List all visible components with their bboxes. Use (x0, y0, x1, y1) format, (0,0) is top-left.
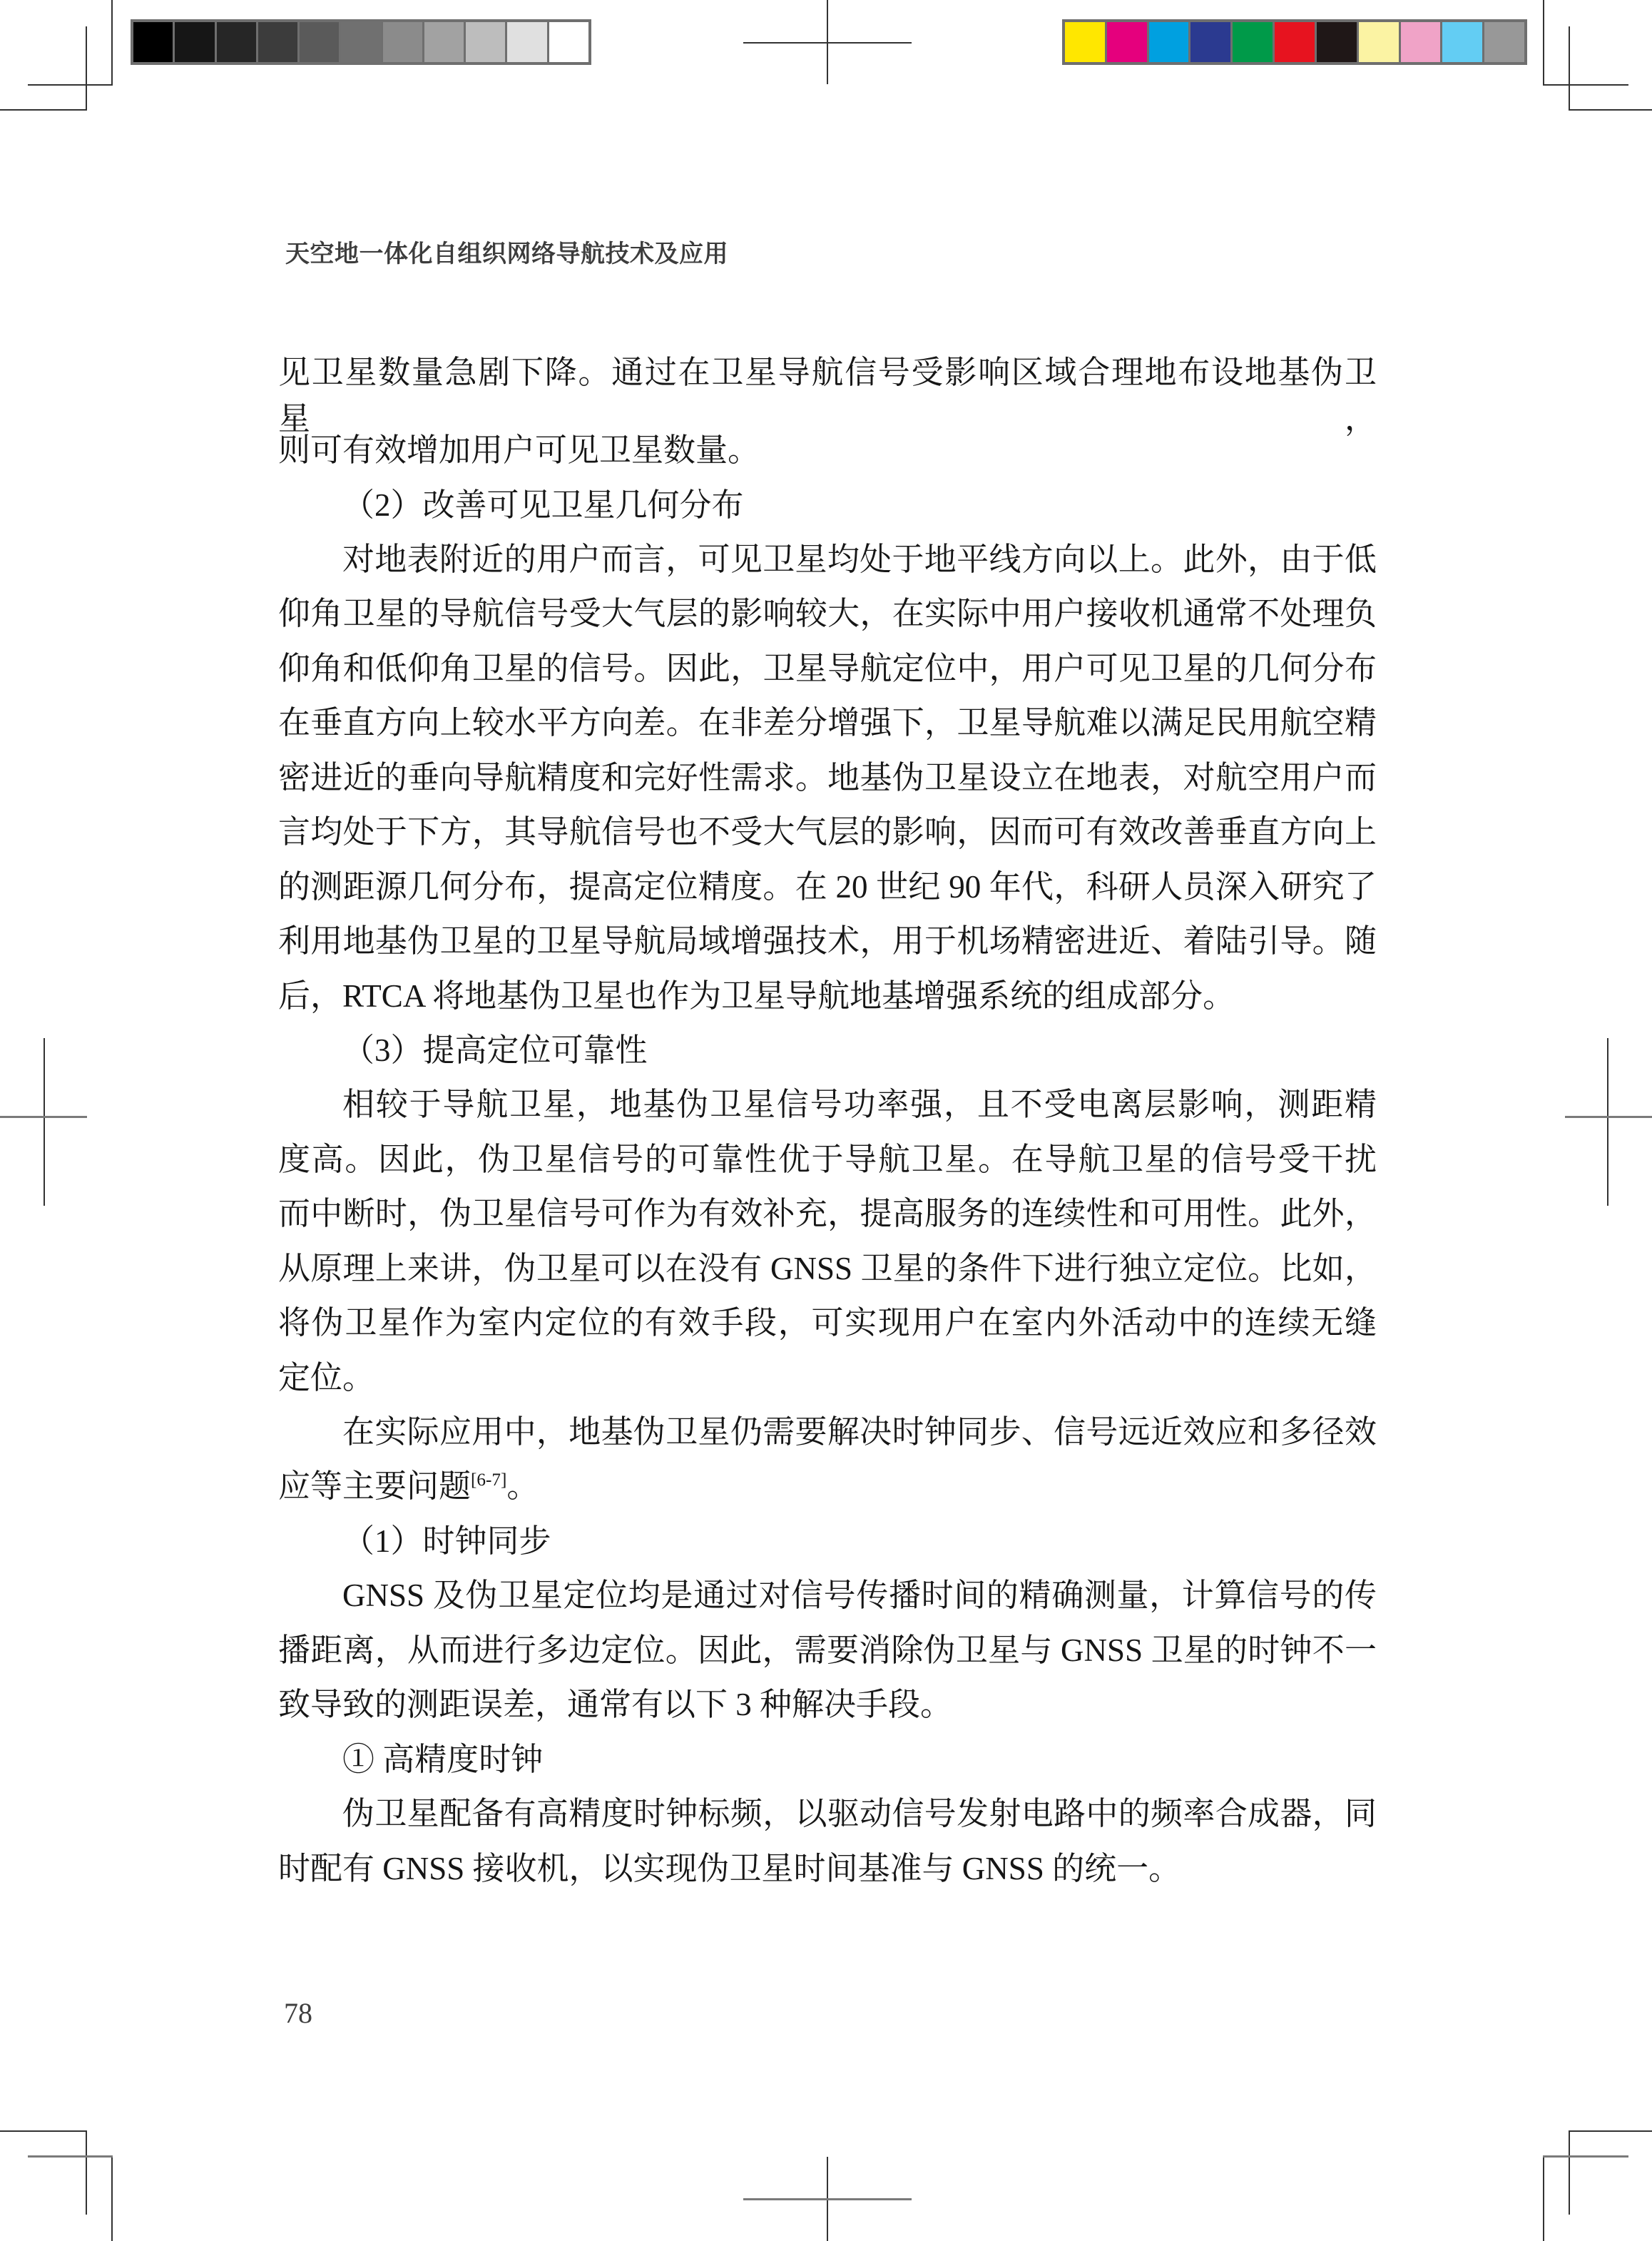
body-line: 从原理上来讲，伪卫星可以在没有 GNSS 卫星的条件下进行独立定位。比如， (278, 1238, 1377, 1292)
crop-mark (1569, 109, 1652, 111)
crop-mark (0, 109, 87, 111)
body-text: 见卫星数量急剧下降。通过在卫星导航信号受影响区域合理地布设地基伪卫星， 则可有效… (278, 365, 1377, 1892)
body-line-text: 伪卫星配备有高精度时钟标频，以驱动信号发射电路中的频率合成器，同 (278, 1787, 1377, 1834)
body-line: 将伪卫星作为室内定位的有效手段，可实现用户在室内外活动中的连续无缝 (278, 1292, 1377, 1346)
calibration-swatch (1149, 22, 1189, 62)
body-line: 见卫星数量急剧下降。通过在卫星导航信号受影响区域合理地布设地基伪卫星， (278, 365, 1377, 420)
calibration-swatch (1359, 22, 1399, 62)
body-line-text: GNSS 及伪卫星定位均是通过对信号传播时间的精确测量，计算信号的传 (278, 1569, 1377, 1615)
body-line: 伪卫星配备有高精度时钟标频，以驱动信号发射电路中的频率合成器，同 (278, 1783, 1377, 1837)
body-line: 定位。 (278, 1347, 1377, 1401)
body-line-text: 密进近的垂向导航精度和完好性需求。地基伪卫星设立在地表，对航空用户而 (278, 751, 1377, 798)
body-line: 仰角和低仰角卫星的信号。因此，卫星导航定位中，用户可见卫星的几何分布 (278, 638, 1377, 692)
body-line: 致导致的测距误差，通常有以下 3 种解决手段。 (278, 1675, 1377, 1729)
body-line: （3）提高定位可靠性 (278, 1020, 1377, 1074)
body-line-text: 相较于导航卫星，地基伪卫星信号功率强，且不受电离层影响，测距精 (278, 1078, 1377, 1124)
body-line: （1）时钟同步 (278, 1510, 1377, 1565)
calibration-swatch (424, 22, 464, 62)
body-line-text: 利用地基伪卫星的卫星导航局域增强技术，用于机场精密进近、着陆引导。随 (278, 915, 1377, 961)
crop-mark (1543, 0, 1544, 86)
calibration-swatch (1442, 22, 1482, 62)
registration-cross (44, 1038, 45, 1206)
book-page: 天空地一体化自组织网络导航技术及应用 见卫星数量急剧下降。通过在卫星导航信号受影… (0, 0, 1652, 2241)
crop-mark (0, 2130, 87, 2132)
calibration-swatch (1107, 22, 1147, 62)
citation-superscript: [6-7] (471, 1470, 506, 1490)
crop-mark (28, 2155, 113, 2158)
calibration-swatch (1275, 22, 1315, 62)
body-line-text: 仰角和低仰角卫星的信号。因此，卫星导航定位中，用户可见卫星的几何分布 (278, 642, 1377, 688)
body-line-text: 在垂直方向上较水平方向差。在非差分增强下，卫星导航难以满足民用航空精 (278, 696, 1377, 743)
crop-mark (1543, 2155, 1544, 2241)
calibration-swatch (1233, 22, 1273, 62)
calibration-swatch (1190, 22, 1230, 62)
crop-mark (111, 2155, 113, 2241)
crop-mark (1543, 84, 1628, 86)
body-line: ① 高精度时钟 (278, 1729, 1377, 1783)
body-line: 后，RTCA 将地基伪卫星也作为卫星导航地基增强系统的组成部分。 (278, 965, 1377, 1020)
crop-mark (86, 26, 87, 111)
registration-cross (743, 2198, 912, 2200)
body-line-text: 对地表附近的用户而言，可见卫星均处于地平线方向以上。此外，由于低 (278, 533, 1377, 579)
crop-mark (1569, 26, 1570, 111)
calibration-swatch (383, 22, 422, 62)
crop-mark (86, 2130, 87, 2215)
calibration-swatch (1317, 22, 1357, 62)
body-line-text: （2）改善可见卫星几何分布 (278, 479, 1377, 525)
calibration-swatch (1401, 22, 1441, 62)
calibration-swatch (549, 22, 588, 62)
calibration-swatch (133, 22, 173, 62)
body-line-text: 度高。因此，伪卫星信号的可靠性优于导航卫星。在导航卫星的信号受干扰 (278, 1133, 1377, 1179)
body-line: 播距离，从而进行多边定位。因此，需要消除伪卫星与 GNSS 卫星的时钟不一 (278, 1620, 1377, 1674)
crop-mark (1543, 2155, 1628, 2158)
body-line: 相较于导航卫星，地基伪卫星信号功率强，且不受电离层影响，测距精 (278, 1074, 1377, 1129)
body-line-text: 定位。 (278, 1351, 1377, 1398)
body-line-text: 言均处于下方，其导航信号也不受大气层的影响，因而可有效改善垂直方向上 (278, 806, 1377, 852)
body-line: 对地表附近的用户而言，可见卫星均处于地平线方向以上。此外，由于低 (278, 529, 1377, 583)
calibration-swatch (300, 22, 339, 62)
body-line: 在垂直方向上较水平方向差。在非差分增强下，卫星导航难以满足民用航空精 (278, 693, 1377, 747)
body-line-text: 致导致的测距误差，通常有以下 3 种解决手段。 (278, 1678, 1377, 1724)
registration-cross (1607, 1038, 1608, 1206)
body-line-text: 则可有效增加用户可见卫星数量。 (278, 424, 1377, 470)
crop-mark (1569, 2130, 1652, 2132)
registration-cross (0, 1116, 87, 1118)
running-header: 天空地一体化自组织网络导航技术及应用 (285, 234, 728, 269)
crop-mark (28, 84, 113, 86)
calibration-swatch (507, 22, 546, 62)
body-line: GNSS 及伪卫星定位均是通过对信号传播时间的精确测量，计算信号的传 (278, 1565, 1377, 1620)
body-line-text: 在实际应用中，地基伪卫星仍需要解决时钟同步、信号远近效应和多径效 (278, 1406, 1377, 1452)
calibration-swatch (175, 22, 214, 62)
body-line: 而中断时，伪卫星信号可作为有效补充，提高服务的连续性和可用性。此外， (278, 1184, 1377, 1238)
body-line-text: 仰角卫星的导航信号受大气层的影响较大，在实际中用户接收机通常不处理负 (278, 587, 1377, 634)
body-line-text: 的测距源几何分布，提高定位精度。在 20 世纪 90 年代，科研人员深入研究了 (278, 860, 1377, 907)
calibration-swatch (341, 22, 380, 62)
body-line-text: ① 高精度时钟 (278, 1733, 1377, 1779)
body-line: 言均处于下方，其导航信号也不受大气层的影响，因而可有效改善垂直方向上 (278, 802, 1377, 856)
registration-cross (743, 42, 912, 44)
body-line: 则可有效增加用户可见卫星数量。 (278, 420, 1377, 474)
crop-mark (111, 0, 113, 86)
calibration-swatch (466, 22, 505, 62)
calibration-swatch (258, 22, 297, 62)
body-line-text: 从原理上来讲，伪卫星可以在没有 GNSS 卫星的条件下进行独立定位。比如， (278, 1242, 1377, 1289)
body-line-text: 后，RTCA 将地基伪卫星也作为卫星导航地基增强系统的组成部分。 (278, 970, 1377, 1016)
body-line-text: 时配有 GNSS 接收机，以实现伪卫星时间基准与 GNSS 的统一。 (278, 1842, 1377, 1889)
body-line: 应等主要问题[6-7]。 (278, 1456, 1377, 1510)
body-line: 密进近的垂向导航精度和完好性需求。地基伪卫星设立在地表，对航空用户而 (278, 747, 1377, 801)
body-line-text: 播距离，从而进行多边定位。因此，需要消除伪卫星与 GNSS 卫星的时钟不一 (278, 1624, 1377, 1670)
body-line-text: 将伪卫星作为室内定位的有效手段，可实现用户在室内外活动中的连续无缝 (278, 1296, 1377, 1343)
body-line: 在实际应用中，地基伪卫星仍需要解决时钟同步、信号远近效应和多径效 (278, 1401, 1377, 1455)
registration-cross (1565, 1116, 1652, 1118)
crop-mark (1569, 2130, 1570, 2215)
body-line: 的测距源几何分布，提高定位精度。在 20 世纪 90 年代，科研人员深入研究了 (278, 856, 1377, 910)
color-calibration-bar (1062, 19, 1527, 65)
body-line: （2）改善可见卫星几何分布 (278, 474, 1377, 529)
body-line: 仰角卫星的导航信号受大气层的影响较大，在实际中用户接收机通常不处理负 (278, 584, 1377, 638)
body-line-text: 应等主要问题[6-7]。 (278, 1460, 1377, 1506)
body-line-text: 而中断时，伪卫星信号可作为有效补充，提高服务的连续性和可用性。此外， (278, 1187, 1377, 1234)
body-line: 利用地基伪卫星的卫星导航局域增强技术，用于机场精密进近、着陆引导。随 (278, 910, 1377, 965)
body-line: 时配有 GNSS 接收机，以实现伪卫星时间基准与 GNSS 的统一。 (278, 1838, 1377, 1892)
body-line-text: （3）提高定位可靠性 (278, 1024, 1377, 1070)
calibration-swatch (217, 22, 256, 62)
body-line-text: （1）时钟同步 (278, 1515, 1377, 1561)
calibration-swatch (1065, 22, 1105, 62)
body-line: 度高。因此，伪卫星信号的可靠性优于导航卫星。在导航卫星的信号受干扰 (278, 1129, 1377, 1183)
calibration-swatch (1484, 22, 1524, 62)
grayscale-calibration-bar (131, 19, 591, 65)
page-number: 78 (284, 1996, 312, 2030)
